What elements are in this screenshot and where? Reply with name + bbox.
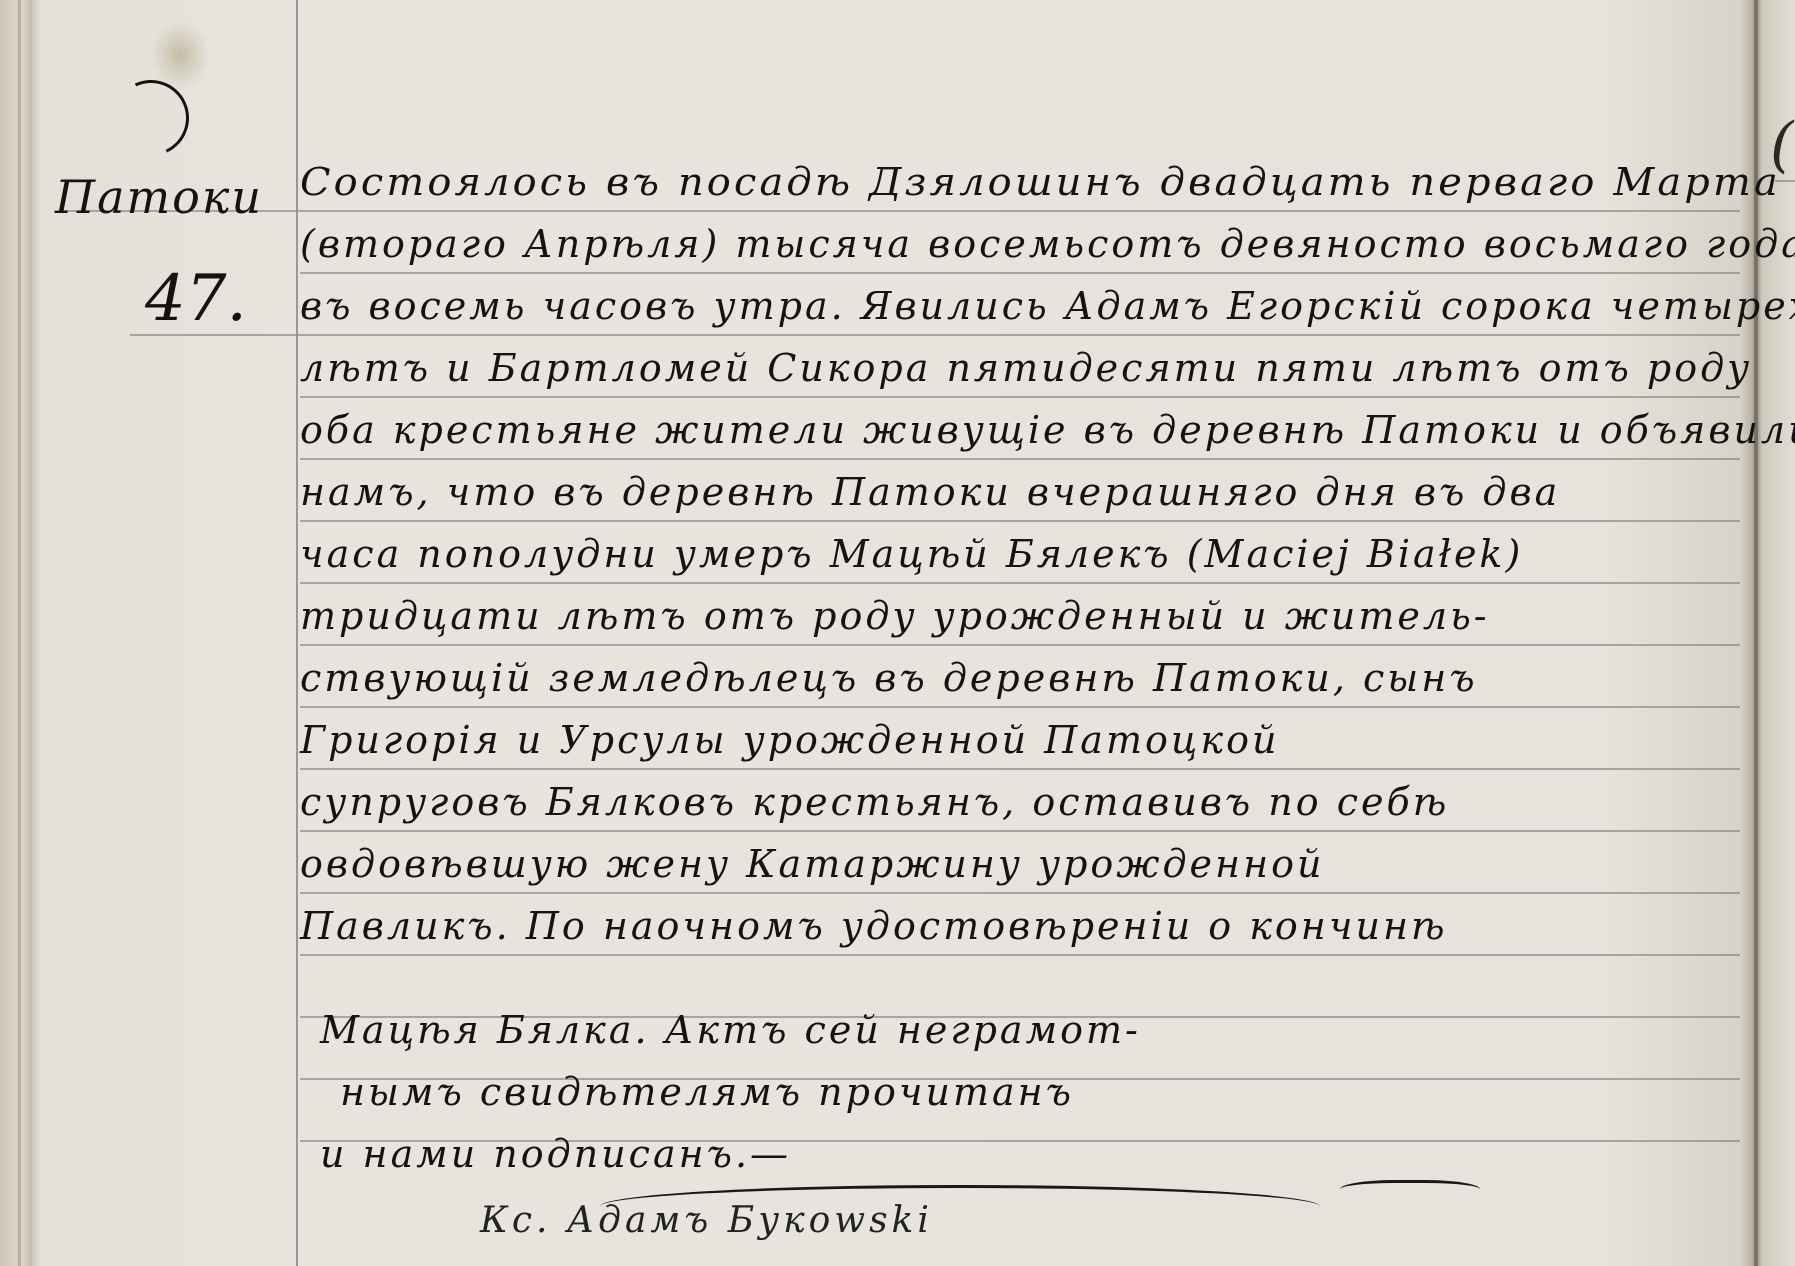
- binding-edge-inner: [30, 0, 32, 1266]
- text-line-14: Мацѣя Бялка. Актъ сей неграмот-: [320, 1000, 1141, 1060]
- register-page: Патоки 47. Состоялось въ посадѣ Дзялошин…: [0, 0, 1795, 1266]
- marginal-heading: Патоки: [55, 170, 263, 224]
- text-line-16: и нами подписанъ.—: [320, 1124, 791, 1184]
- text-line-11: супруговъ Бялковъ крестьянъ, оставивъ по…: [300, 772, 1449, 832]
- paper-stain: [150, 20, 210, 90]
- text-line-9: ствующій земледѣлецъ въ деревнѣ Патоки, …: [300, 648, 1478, 708]
- text-line-13: Павликъ. По наочномъ удостовѣреніи о кон…: [300, 896, 1448, 956]
- signature-flourish-small: [1340, 1180, 1480, 1203]
- text-line-6: намъ, что въ деревнѣ Патоки вчерашняго д…: [300, 462, 1560, 522]
- text-line-1: Состоялось въ посадѣ Дзялошинъ двадцать …: [300, 152, 1781, 212]
- text-line-5: оба крестьяне жители живущіе въ деревнѣ …: [300, 400, 1795, 460]
- priest-signature: Кс. Адамъ Букowski: [480, 1200, 933, 1241]
- text-line-4: лѣтъ и Бартломей Сикора пятидесяти пяти …: [300, 338, 1752, 398]
- text-line-7: часа пополудни умеръ Мацѣй Бялекъ (Macie…: [300, 524, 1523, 584]
- text-line-15: нымъ свидѣтелямъ прочитанъ: [340, 1062, 1074, 1122]
- text-line-2: (втораго Апрѣля) тысяча восемьсотъ девян…: [300, 214, 1795, 274]
- margin-column-line: [296, 0, 298, 1266]
- facing-page-fragment: (: [1770, 110, 1793, 180]
- entry-number: 47.: [145, 262, 247, 336]
- text-line-10: Григорія и Урсулы урожденной Патоцкой: [300, 710, 1279, 770]
- text-line-12: овдовѣвшую жену Катаржину урожденной: [300, 834, 1324, 894]
- binding-edge: [18, 0, 21, 1266]
- text-line-3: въ восемь часовъ утра. Явились Адамъ Его…: [300, 276, 1795, 336]
- text-line-8: тридцати лѣтъ отъ роду урожденный и жите…: [300, 586, 1490, 646]
